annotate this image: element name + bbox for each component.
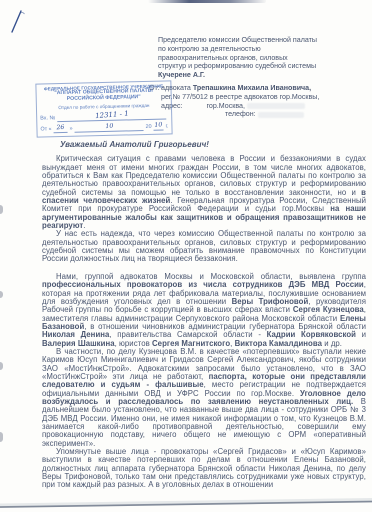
- date-month-field: 10: [75, 122, 144, 133]
- sender-line: рег.№ 77/5012 в реестре адвокатов гор.Мо…: [161, 93, 367, 102]
- scan-bottom-edge-artifact: [0, 490, 372, 512]
- date-year-prefix: 20: [146, 124, 152, 131]
- sender-line: телефон:: [161, 110, 367, 119]
- address-value: гор.Москва,: [206, 102, 244, 110]
- recipient-line: структур и реформированию судебной систе…: [158, 62, 366, 71]
- recipient-line: по контролю за деятельностью: [158, 45, 366, 54]
- paragraph: У нас есть надежда, что через комиссию О…: [42, 230, 366, 263]
- recipient-name: Кучерене А.Г.: [158, 71, 366, 80]
- date-day-field: 26: [54, 124, 68, 133]
- scan-edge-smudge: [0, 362, 3, 370]
- date-label: От «: [40, 126, 51, 133]
- redacted-phone: [258, 112, 304, 118]
- handwritten-year: 10: [154, 121, 162, 129]
- sender-name: Трепашкина Михаила Ивановича,: [193, 84, 311, 92]
- date-year-field: 10: [154, 122, 164, 131]
- date-close-bracket: »: [70, 126, 73, 133]
- recipient-line: правоохранительных органов, силовых: [158, 54, 366, 63]
- scan-top-edge-artifact: [148, 0, 266, 3]
- date-suffix: г.: [166, 124, 169, 131]
- handwritten-month: 10: [105, 123, 113, 131]
- scan-edge-smudge: [0, 291, 3, 298]
- sender-block: адвоката Трепашкина Михаила Ивановича, р…: [161, 84, 367, 119]
- scan-edge-smudge: [0, 432, 3, 442]
- scanned-letter-page: Председателю комиссии Общественной палат…: [0, 0, 372, 512]
- salutation: Уважаемый Анатолий Григорьевич!: [60, 141, 366, 149]
- incoming-number-label: Вх. №: [40, 115, 55, 122]
- sender-line: адвоката Трепашкина Михаила Ивановича,: [161, 84, 367, 93]
- stamp-date-row: От « 26 » 10 20 10 г.: [40, 122, 168, 134]
- stamp-department-line: Отдел по работе с обращениями граждан: [40, 102, 168, 111]
- text-segment: Критическая ситуация с правами человека …: [42, 154, 366, 196]
- stamp-incoming-number-row: Вх. № 12311 - 1: [40, 110, 168, 122]
- text-segment: и: [356, 330, 366, 339]
- handwritten-incoming-number: 12311 - 1: [95, 110, 129, 120]
- paragraph: Нами, группой адвокатов Москвы и Московс…: [42, 273, 366, 348]
- sender-line: адрес: гор.Москва,: [161, 102, 367, 111]
- text-segment: Упомянутые выше лица - провокаторы «Серг…: [42, 447, 366, 489]
- phone-label: телефон:: [225, 110, 256, 118]
- paragraph: Критическая ситуация с правами человека …: [42, 155, 366, 230]
- registration-stamp: ФЕДЕРАЛЬНОЕ ГОСУДАРСТВЕННОЕ УЧРЕЖДЕНИЕ "…: [35, 80, 172, 137]
- scan-edge-smudge: [0, 205, 3, 214]
- handwritten-day: 26: [56, 124, 64, 132]
- text-segment: У нас есть надежда, что через комиссию О…: [42, 229, 366, 263]
- pen-mark-icon: [6, 5, 32, 37]
- text-segment: В дальнейшем было установлено, что назва…: [42, 397, 366, 448]
- recipient-line: Председателю комиссии Общественной палат…: [158, 36, 366, 45]
- paragraph: В частности, по делу Кузнецова В.М. в ка…: [42, 348, 366, 448]
- redacted-address: [247, 103, 305, 109]
- letter-body: Уважаемый Анатолий Григорьевич! Критичес…: [42, 141, 366, 490]
- paragraph: Упомянутые выше лица - провокаторы «Серг…: [42, 448, 366, 490]
- incoming-number-field: 12311 - 1: [57, 110, 166, 122]
- recipient-block: Председателю комиссии Общественной палат…: [158, 36, 366, 80]
